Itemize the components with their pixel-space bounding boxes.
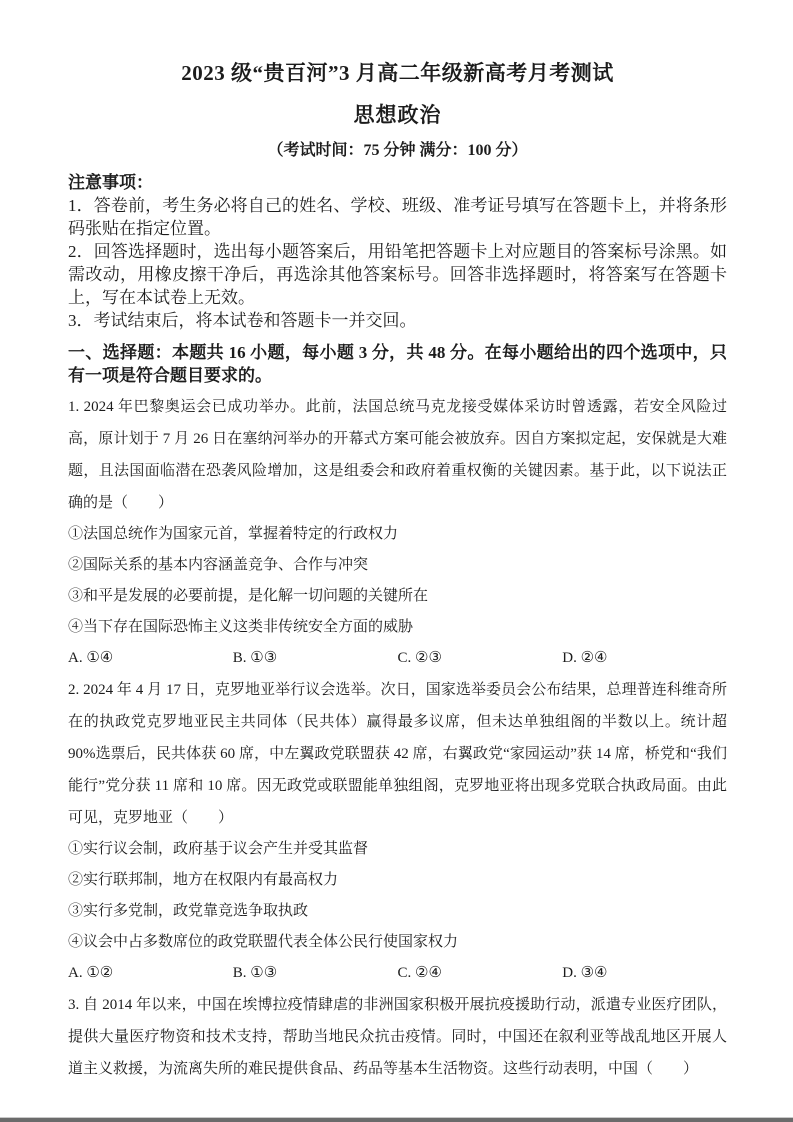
question-2-statement-1: ①实行议会制，政府基于议会产生并受其监督 (68, 834, 727, 865)
question-3: 3. 自 2014 年以来，中国在埃博拉疫情肆虐的非洲国家积极开展抗疫援助行动，… (68, 989, 727, 1085)
question-2-option-c: C. ②④ (398, 958, 563, 989)
notice-heading: 注意事项： (68, 171, 727, 194)
section-heading: 一、选择题：本题共 16 小题，每小题 3 分，共 48 分。在每小题给出的四个… (68, 341, 727, 387)
question-2-option-a: A. ①② (68, 958, 233, 989)
question-2-option-d: D. ③④ (562, 958, 727, 989)
notice-item-2: 2．回答选择题时，选出每小题答案后，用铅笔把答题卡上对应题目的答案标号涂黑。如需… (68, 240, 727, 309)
question-1: 1. 2024 年巴黎奥运会已成功举办。此前，法国总统马克龙接受媒体采访时曾透露… (68, 391, 727, 674)
question-2-statement-4: ④议会中占多数席位的政党联盟代表全体公民行使国家权力 (68, 927, 727, 958)
question-1-stem: 1. 2024 年巴黎奥运会已成功举办。此前，法国总统马克龙接受媒体采访时曾透露… (68, 391, 727, 519)
exam-paper-page: 2023 级“贵百河”3 月高二年级新高考月考测试 思想政治 （考试时间：75 … (0, 0, 793, 1122)
question-2-option-b: B. ①③ (233, 958, 398, 989)
subject-title: 思想政治 (68, 102, 727, 129)
question-2-statement-3: ③实行多党制，政党靠竞选争取执政 (68, 896, 727, 927)
questions-area: 1. 2024 年巴黎奥运会已成功举办。此前，法国总统马克龙接受媒体采访时曾透露… (68, 391, 727, 1085)
question-1-statement-2: ②国际关系的基本内容涵盖竞争、合作与冲突 (68, 550, 727, 581)
question-1-statement-1: ①法国总统作为国家元首，掌握着特定的行政权力 (68, 519, 727, 550)
question-2: 2. 2024 年 4 月 17 日，克罗地亚举行议会选举。次日，国家选举委员会… (68, 674, 727, 989)
question-2-stem: 2. 2024 年 4 月 17 日，克罗地亚举行议会选举。次日，国家选举委员会… (68, 674, 727, 834)
question-1-statement-4: ④当下存在国际恐怖主义这类非传统安全方面的威胁 (68, 612, 727, 643)
question-2-statement-2: ②实行联邦制，地方在权限内有最高权力 (68, 865, 727, 896)
question-1-option-b: B. ①③ (233, 643, 398, 674)
page-content: 2023 级“贵百河”3 月高二年级新高考月考测试 思想政治 （考试时间：75 … (0, 0, 793, 1085)
notice-section: 注意事项： 1．答卷前，考生务必将自己的姓名、学校、班级、准考证号填写在答题卡上… (68, 171, 727, 332)
question-1-statement-3: ③和平是发展的必要前提，是化解一切问题的关键所在 (68, 581, 727, 612)
question-2-options-row: A. ①② B. ①③ C. ②④ D. ③④ (68, 958, 727, 989)
question-3-stem: 3. 自 2014 年以来，中国在埃博拉疫情肆虐的非洲国家积极开展抗疫援助行动，… (68, 989, 727, 1085)
notice-item-1: 1．答卷前，考生务必将自己的姓名、学校、班级、准考证号填写在答题卡上，并将条形码… (68, 194, 727, 240)
question-1-option-d: D. ②④ (562, 643, 727, 674)
question-1-option-a: A. ①④ (68, 643, 233, 674)
page-bottom-divider (0, 1117, 793, 1122)
question-1-option-c: C. ②③ (398, 643, 563, 674)
question-1-options-row: A. ①④ B. ①③ C. ②③ D. ②④ (68, 643, 727, 674)
exam-info: （考试时间：75 分钟 满分：100 分） (68, 141, 727, 161)
page-title: 2023 级“贵百河”3 月高二年级新高考月考测试 (68, 60, 727, 87)
notice-item-3: 3．考试结束后，将本试卷和答题卡一并交回。 (68, 309, 727, 332)
